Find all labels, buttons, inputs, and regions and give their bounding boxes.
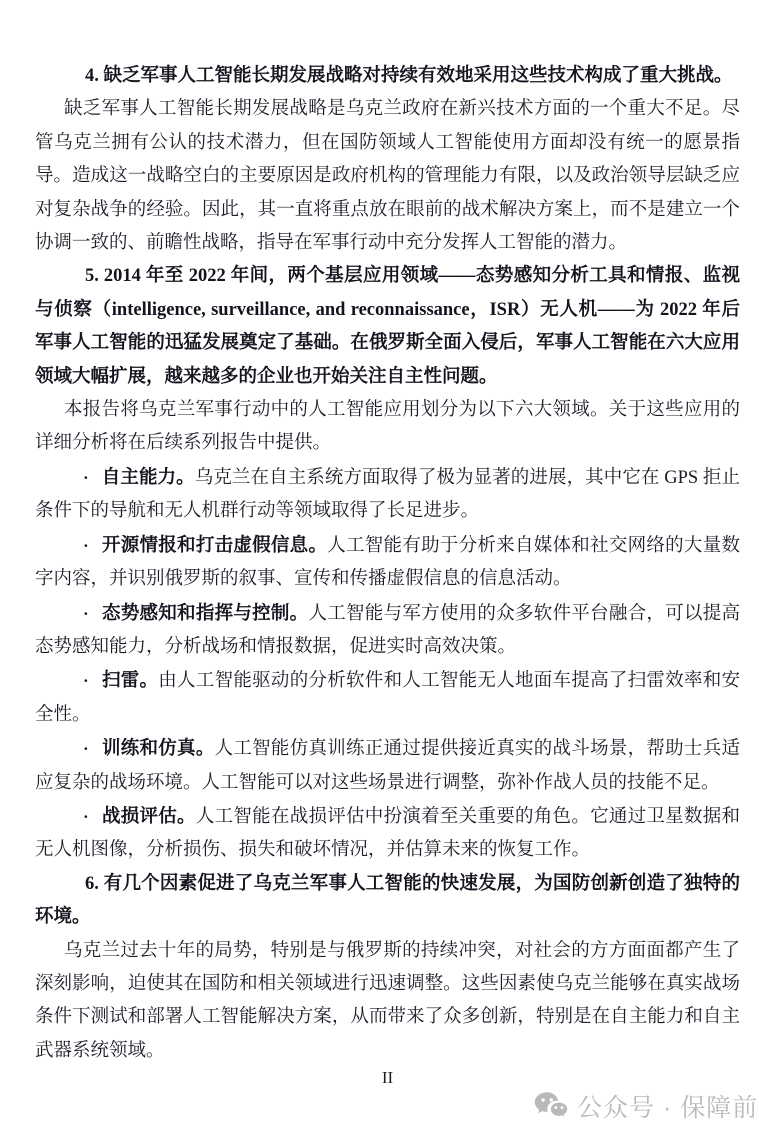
bullet-lead: 态势感知和指挥与控制。: [102, 604, 309, 624]
bullet-item-autonomy: ·自主能力。乌克兰在自主系统方面取得了极为显著的进展，其中它在 GPS 拒止条件…: [35, 461, 740, 529]
wechat-watermark: 公众号 · 保障前沿: [534, 1088, 759, 1124]
document-page: 4. 缺乏军事人工智能长期发展战略对持续有效地采用这些技术构成了重大挑战。 缺乏…: [0, 0, 759, 1135]
bullet-dot-icon: ·: [83, 739, 102, 758]
bullet-dot-icon: ·: [83, 604, 102, 623]
document-content: 4. 缺乏军事人工智能长期发展战略对持续有效地采用这些技术构成了重大挑战。 缺乏…: [35, 60, 740, 1068]
bullet-lead: 战损评估。: [102, 807, 196, 827]
watermark-label: 公众号 · 保障前沿: [577, 1088, 759, 1124]
paragraph-5-heading: 5. 2014 年至 2022 年间，两个基层应用领域——态势感知分析工具和情报…: [35, 260, 740, 394]
paragraph-6-heading: 6. 有几个因素促进了乌克兰军事人工智能的快速发展，为国防创新创造了独特的环境。: [35, 868, 740, 935]
paragraph-5-body: 本报告将乌克兰军事行动中的人工智能应用划分为以下六大领域。关于这些应用的详细分析…: [35, 394, 740, 461]
bullet-lead: 扫雷。: [102, 671, 159, 691]
bullet-dot-icon: ·: [83, 536, 102, 555]
bullet-lead: 自主能力。: [102, 468, 195, 488]
wechat-icon: [534, 1091, 568, 1121]
bullet-lead: 训练和仿真。: [102, 739, 215, 759]
paragraph-4-heading: 4. 缺乏军事人工智能长期发展战略对持续有效地采用这些技术构成了重大挑战。: [35, 60, 740, 93]
bullet-dot-icon: ·: [83, 468, 102, 487]
bullet-item-training: ·训练和仿真。人工智能仿真训练正通过提供接近真实的战斗场景，帮助士兵适应复杂的战…: [35, 732, 740, 800]
bullet-item-osint: ·开源情报和打击虚假信息。人工智能有助于分析来自媒体和社交网络的大量数字内容，并…: [35, 529, 740, 597]
paragraph-4-body: 缺乏军事人工智能长期发展战略是乌克兰政府在新兴技术方面的一个重大不足。尽管乌克兰…: [35, 93, 740, 260]
bullet-item-damage-assessment: ·战损评估。人工智能在战损评估中扮演着至关重要的角色。它通过卫星数据和无人机图像…: [35, 800, 740, 868]
bullet-item-situational-awareness: ·态势感知和指挥与控制。人工智能与军方使用的众多软件平台融合，可以提高态势感知能…: [35, 597, 740, 665]
bullet-item-demining: ·扫雷。由人工智能驱动的分析软件和人工智能无人地面车提高了扫雷效率和安全性。: [35, 664, 740, 732]
bullet-dot-icon: ·: [83, 807, 102, 826]
paragraph-6-body: 乌克兰过去十年的局势，特别是与俄罗斯的持续冲突，对社会的方方面面都产生了深刻影响…: [35, 935, 740, 1069]
bullet-dot-icon: ·: [83, 671, 102, 690]
bullet-lead: 开源情报和打击虚假信息。: [102, 536, 328, 556]
page-number: II: [35, 1068, 740, 1088]
